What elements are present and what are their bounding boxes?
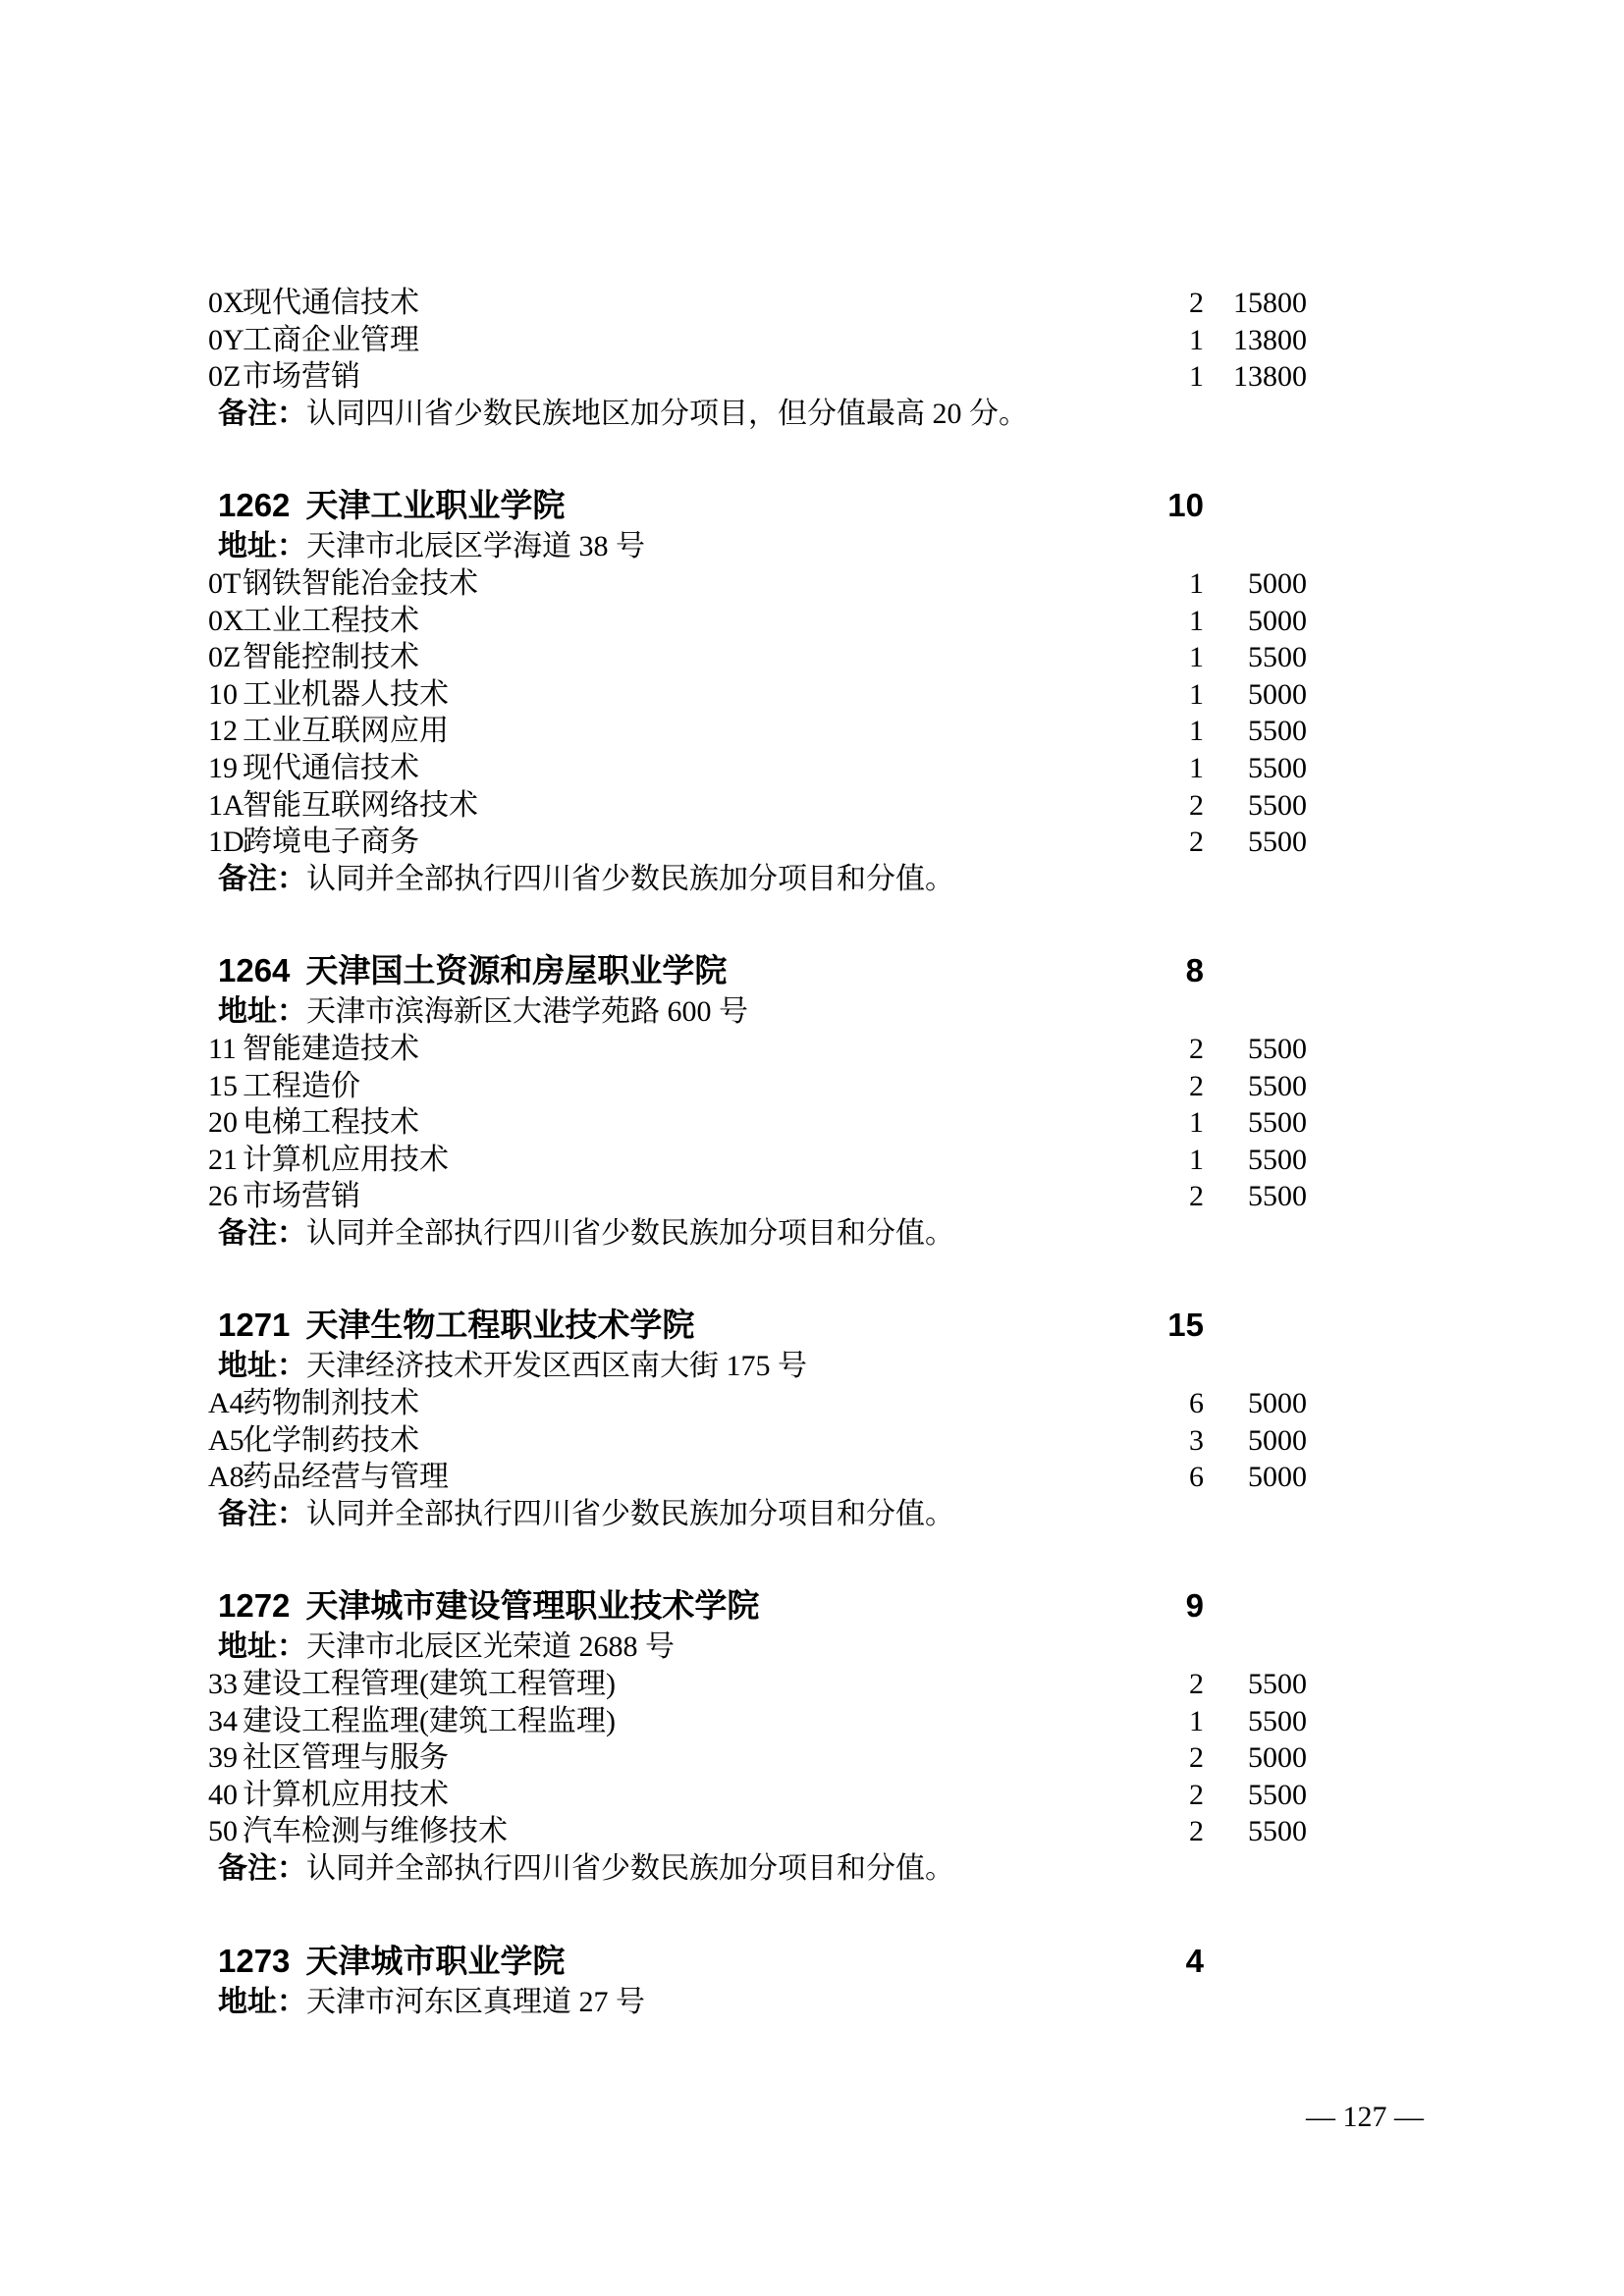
major-code: 0Y bbox=[208, 322, 243, 359]
college-header: 1264 天津国土资源和房屋职业学院 8 bbox=[208, 948, 1307, 993]
major-code: 0X bbox=[208, 603, 243, 640]
college-name: 天津工业职业学院 bbox=[305, 483, 1164, 528]
major-row: 39 社区管理与服务 2 5000 bbox=[208, 1739, 1307, 1777]
major-plan-count: 1 bbox=[1164, 565, 1204, 603]
major-row: 11 智能建造技术 2 5500 bbox=[208, 1031, 1307, 1068]
college-section-1271: 1271 天津生物工程职业技术学院 15 地址： 天津经济技术开发区西区南大街 … bbox=[208, 1303, 1307, 1532]
major-tuition-fee: 5000 bbox=[1204, 1422, 1307, 1460]
major-tuition-fee: 5500 bbox=[1204, 1666, 1307, 1703]
major-plan-count: 1 bbox=[1164, 750, 1204, 787]
major-row: 20 电梯工程技术 1 5500 bbox=[208, 1104, 1307, 1142]
major-name: 药品经营与管理 bbox=[243, 1459, 1164, 1496]
major-plan-count: 6 bbox=[1164, 1459, 1204, 1496]
major-row: 0Y 工商企业管理 1 13800 bbox=[208, 322, 1307, 359]
major-name: 智能建造技术 bbox=[243, 1031, 1164, 1068]
college-section-1273: 1273 天津城市职业学院 4 地址： 天津市河东区真理道 27 号 bbox=[208, 1939, 1307, 2021]
address-label: 地址： bbox=[218, 1984, 306, 2021]
college-name: 天津城市建设管理职业技术学院 bbox=[305, 1583, 1164, 1629]
major-row: 40 计算机应用技术 2 5500 bbox=[208, 1777, 1307, 1814]
major-code: 1D bbox=[208, 824, 243, 861]
major-plan-count: 2 bbox=[1164, 1666, 1204, 1703]
major-tuition-fee: 15800 bbox=[1204, 285, 1307, 322]
note-label: 备注： bbox=[218, 1496, 306, 1533]
major-row: 0X 现代通信技术 2 15800 bbox=[208, 285, 1307, 322]
major-row: 0Z 智能控制技术 1 5500 bbox=[208, 639, 1307, 676]
major-name: 智能控制技术 bbox=[243, 639, 1164, 676]
major-code: 20 bbox=[208, 1104, 243, 1142]
college-section-1262: 1262 天津工业职业学院 10 地址： 天津市北辰区学海道 38 号 0T 钢… bbox=[208, 483, 1307, 897]
major-plan-count: 2 bbox=[1164, 1178, 1204, 1215]
college-section-continuation: 0X 现代通信技术 2 15800 0Y 工商企业管理 1 13800 0Z 市… bbox=[208, 285, 1307, 432]
major-code: 40 bbox=[208, 1777, 243, 1814]
major-row: 0Z 市场营销 1 13800 bbox=[208, 358, 1307, 396]
major-code: 39 bbox=[208, 1739, 243, 1777]
major-plan-count: 3 bbox=[1164, 1422, 1204, 1460]
major-tuition-fee: 5500 bbox=[1204, 1031, 1307, 1068]
college-section-1264: 1264 天津国土资源和房屋职业学院 8 地址： 天津市滨海新区大港学苑路 60… bbox=[208, 948, 1307, 1252]
address-text: 天津市滨海新区大港学苑路 600 号 bbox=[306, 993, 1307, 1031]
major-row: 34 建设工程监理(建筑工程监理) 1 5500 bbox=[208, 1703, 1307, 1740]
college-code: 1262 bbox=[218, 483, 290, 528]
address-text: 天津市河东区真理道 27 号 bbox=[306, 1984, 1307, 2021]
major-name: 建设工程管理(建筑工程管理) bbox=[243, 1666, 1164, 1703]
major-code: 11 bbox=[208, 1031, 243, 1068]
major-list: 0X 现代通信技术 2 15800 0Y 工商企业管理 1 13800 0Z 市… bbox=[208, 285, 1307, 396]
major-name: 工程造价 bbox=[243, 1068, 1164, 1105]
major-name: 计算机应用技术 bbox=[243, 1142, 1164, 1179]
major-name: 市场营销 bbox=[243, 1178, 1164, 1215]
major-code: 0T bbox=[208, 565, 243, 603]
college-section-1272: 1272 天津城市建设管理职业技术学院 9 地址： 天津市北辰区光荣道 2688… bbox=[208, 1583, 1307, 1887]
major-code: 0Z bbox=[208, 358, 243, 396]
major-row: 0T 钢铁智能冶金技术 1 5000 bbox=[208, 565, 1307, 603]
major-row: 1A 智能互联网络技术 2 5500 bbox=[208, 787, 1307, 825]
college-total-count: 8 bbox=[1164, 948, 1204, 993]
major-plan-count: 2 bbox=[1164, 285, 1204, 322]
college-total-count: 4 bbox=[1164, 1939, 1204, 1984]
major-row: 50 汽车检测与维修技术 2 5500 bbox=[208, 1813, 1307, 1850]
major-name: 现代通信技术 bbox=[243, 285, 1164, 322]
major-tuition-fee: 5000 bbox=[1204, 676, 1307, 714]
major-code: A5 bbox=[208, 1422, 243, 1460]
major-plan-count: 1 bbox=[1164, 603, 1204, 640]
college-total-count: 9 bbox=[1164, 1583, 1204, 1629]
major-plan-count: 1 bbox=[1164, 713, 1204, 750]
major-row: 21 计算机应用技术 1 5500 bbox=[208, 1142, 1307, 1179]
major-code: 21 bbox=[208, 1142, 243, 1179]
college-address-row: 地址： 天津市北辰区光荣道 2688 号 bbox=[218, 1629, 1307, 1666]
major-row: 15 工程造价 2 5500 bbox=[208, 1068, 1307, 1105]
major-tuition-fee: 5500 bbox=[1204, 713, 1307, 750]
major-code: 15 bbox=[208, 1068, 243, 1105]
major-name: 建设工程监理(建筑工程监理) bbox=[243, 1703, 1164, 1740]
major-code: 34 bbox=[208, 1703, 243, 1740]
major-plan-count: 2 bbox=[1164, 1031, 1204, 1068]
college-note-row: 备注： 认同并全部执行四川省少数民族加分项目和分值。 bbox=[218, 1215, 1307, 1253]
major-tuition-fee: 13800 bbox=[1204, 322, 1307, 359]
address-label: 地址： bbox=[218, 993, 306, 1031]
major-plan-count: 1 bbox=[1164, 1142, 1204, 1179]
major-tuition-fee: 5500 bbox=[1204, 787, 1307, 825]
major-tuition-fee: 5500 bbox=[1204, 1104, 1307, 1142]
note-text: 认同并全部执行四川省少数民族加分项目和分值。 bbox=[306, 1496, 1307, 1533]
major-tuition-fee: 5000 bbox=[1204, 565, 1307, 603]
page-content: 0X 现代通信技术 2 15800 0Y 工商企业管理 1 13800 0Z 市… bbox=[208, 285, 1307, 2020]
major-code: 10 bbox=[208, 676, 243, 714]
college-header: 1272 天津城市建设管理职业技术学院 9 bbox=[208, 1583, 1307, 1629]
major-code: 0Z bbox=[208, 639, 243, 676]
major-name: 电梯工程技术 bbox=[243, 1104, 1164, 1142]
major-name: 跨境电子商务 bbox=[243, 824, 1164, 861]
college-name: 天津城市职业学院 bbox=[305, 1939, 1164, 1984]
college-address-row: 地址： 天津市滨海新区大港学苑路 600 号 bbox=[218, 993, 1307, 1031]
major-plan-count: 2 bbox=[1164, 824, 1204, 861]
major-tuition-fee: 5500 bbox=[1204, 1703, 1307, 1740]
major-row: A4 药物制剂技术 6 5000 bbox=[208, 1385, 1307, 1422]
major-tuition-fee: 5000 bbox=[1204, 1459, 1307, 1496]
major-row: 19 现代通信技术 1 5500 bbox=[208, 750, 1307, 787]
college-note-row: 备注： 认同四川省少数民族地区加分项目，但分值最高 20 分。 bbox=[218, 396, 1307, 433]
major-name: 化学制药技术 bbox=[243, 1422, 1164, 1460]
major-plan-count: 2 bbox=[1164, 787, 1204, 825]
major-code: 1A bbox=[208, 787, 243, 825]
page-number: — 127 — bbox=[1306, 2099, 1424, 2135]
college-total-count: 15 bbox=[1164, 1303, 1204, 1348]
major-tuition-fee: 5500 bbox=[1204, 639, 1307, 676]
college-code: 1273 bbox=[218, 1939, 290, 1984]
major-list: 33 建设工程管理(建筑工程管理) 2 5500 34 建设工程监理(建筑工程监… bbox=[208, 1666, 1307, 1850]
major-row: 1D 跨境电子商务 2 5500 bbox=[208, 824, 1307, 861]
major-tuition-fee: 5500 bbox=[1204, 1178, 1307, 1215]
major-row: 10 工业机器人技术 1 5000 bbox=[208, 676, 1307, 714]
major-code: 19 bbox=[208, 750, 243, 787]
major-plan-count: 1 bbox=[1164, 1104, 1204, 1142]
college-total-count: 10 bbox=[1164, 483, 1204, 528]
major-row: 33 建设工程管理(建筑工程管理) 2 5500 bbox=[208, 1666, 1307, 1703]
major-name: 汽车检测与维修技术 bbox=[243, 1813, 1164, 1850]
college-name: 天津生物工程职业技术学院 bbox=[305, 1303, 1164, 1348]
major-plan-count: 1 bbox=[1164, 322, 1204, 359]
major-code: 33 bbox=[208, 1666, 243, 1703]
address-text: 天津经济技术开发区西区南大街 175 号 bbox=[306, 1348, 1307, 1385]
address-text: 天津市北辰区光荣道 2688 号 bbox=[306, 1629, 1307, 1666]
major-name: 工业工程技术 bbox=[243, 603, 1164, 640]
college-address-row: 地址： 天津市河东区真理道 27 号 bbox=[218, 1984, 1307, 2021]
major-name: 智能互联网络技术 bbox=[243, 787, 1164, 825]
major-code: 12 bbox=[208, 713, 243, 750]
major-tuition-fee: 5000 bbox=[1204, 1739, 1307, 1777]
college-code: 1271 bbox=[218, 1303, 290, 1348]
major-row: 12 工业互联网应用 1 5500 bbox=[208, 713, 1307, 750]
major-plan-count: 2 bbox=[1164, 1739, 1204, 1777]
major-tuition-fee: 5000 bbox=[1204, 1385, 1307, 1422]
major-code: 26 bbox=[208, 1178, 243, 1215]
major-tuition-fee: 5500 bbox=[1204, 1777, 1307, 1814]
major-list: 11 智能建造技术 2 5500 15 工程造价 2 5500 20 电梯工程技… bbox=[208, 1031, 1307, 1215]
major-list: A4 药物制剂技术 6 5000 A5 化学制药技术 3 5000 A8 药品经… bbox=[208, 1385, 1307, 1496]
note-text: 认同四川省少数民族地区加分项目，但分值最高 20 分。 bbox=[306, 396, 1307, 433]
major-row: A5 化学制药技术 3 5000 bbox=[208, 1422, 1307, 1460]
major-name: 钢铁智能冶金技术 bbox=[243, 565, 1164, 603]
major-name: 市场营销 bbox=[243, 358, 1164, 396]
note-label: 备注： bbox=[218, 396, 306, 433]
note-text: 认同并全部执行四川省少数民族加分项目和分值。 bbox=[306, 861, 1307, 898]
major-plan-count: 2 bbox=[1164, 1068, 1204, 1105]
major-plan-count: 1 bbox=[1164, 676, 1204, 714]
major-tuition-fee: 5000 bbox=[1204, 603, 1307, 640]
major-plan-count: 6 bbox=[1164, 1385, 1204, 1422]
major-row: A8 药品经营与管理 6 5000 bbox=[208, 1459, 1307, 1496]
major-name: 工业机器人技术 bbox=[243, 676, 1164, 714]
college-address-row: 地址： 天津市北辰区学海道 38 号 bbox=[218, 528, 1307, 565]
major-code: 50 bbox=[208, 1813, 243, 1850]
college-note-row: 备注： 认同并全部执行四川省少数民族加分项目和分值。 bbox=[218, 1850, 1307, 1888]
note-label: 备注： bbox=[218, 861, 306, 898]
major-name: 工业互联网应用 bbox=[243, 713, 1164, 750]
note-label: 备注： bbox=[218, 1850, 306, 1888]
note-label: 备注： bbox=[218, 1215, 306, 1253]
note-text: 认同并全部执行四川省少数民族加分项目和分值。 bbox=[306, 1215, 1307, 1253]
major-code: A8 bbox=[208, 1459, 243, 1496]
address-label: 地址： bbox=[218, 528, 306, 565]
address-label: 地址： bbox=[218, 1348, 306, 1385]
college-note-row: 备注： 认同并全部执行四川省少数民族加分项目和分值。 bbox=[218, 861, 1307, 898]
major-name: 药物制剂技术 bbox=[243, 1385, 1164, 1422]
major-tuition-fee: 5500 bbox=[1204, 750, 1307, 787]
major-name: 工商企业管理 bbox=[243, 322, 1164, 359]
address-text: 天津市北辰区学海道 38 号 bbox=[306, 528, 1307, 565]
major-name: 现代通信技术 bbox=[243, 750, 1164, 787]
address-label: 地址： bbox=[218, 1629, 306, 1666]
major-name: 计算机应用技术 bbox=[243, 1777, 1164, 1814]
major-tuition-fee: 5500 bbox=[1204, 824, 1307, 861]
note-text: 认同并全部执行四川省少数民族加分项目和分值。 bbox=[306, 1850, 1307, 1888]
college-name: 天津国土资源和房屋职业学院 bbox=[305, 948, 1164, 993]
major-code: 0X bbox=[208, 285, 243, 322]
major-row: 0X 工业工程技术 1 5000 bbox=[208, 603, 1307, 640]
college-header: 1271 天津生物工程职业技术学院 15 bbox=[208, 1303, 1307, 1348]
college-code: 1272 bbox=[218, 1583, 290, 1629]
major-plan-count: 1 bbox=[1164, 639, 1204, 676]
major-tuition-fee: 5500 bbox=[1204, 1142, 1307, 1179]
college-code: 1264 bbox=[218, 948, 290, 993]
major-plan-count: 2 bbox=[1164, 1777, 1204, 1814]
major-code: A4 bbox=[208, 1385, 243, 1422]
college-address-row: 地址： 天津经济技术开发区西区南大街 175 号 bbox=[218, 1348, 1307, 1385]
document-page: 0X 现代通信技术 2 15800 0Y 工商企业管理 1 13800 0Z 市… bbox=[0, 0, 1624, 2296]
major-list: 0T 钢铁智能冶金技术 1 5000 0X 工业工程技术 1 5000 0Z 智… bbox=[208, 565, 1307, 861]
major-tuition-fee: 5500 bbox=[1204, 1068, 1307, 1105]
college-note-row: 备注： 认同并全部执行四川省少数民族加分项目和分值。 bbox=[218, 1496, 1307, 1533]
major-plan-count: 1 bbox=[1164, 1703, 1204, 1740]
college-header: 1273 天津城市职业学院 4 bbox=[208, 1939, 1307, 1984]
college-header: 1262 天津工业职业学院 10 bbox=[208, 483, 1307, 528]
major-row: 26 市场营销 2 5500 bbox=[208, 1178, 1307, 1215]
major-tuition-fee: 13800 bbox=[1204, 358, 1307, 396]
major-name: 社区管理与服务 bbox=[243, 1739, 1164, 1777]
major-plan-count: 1 bbox=[1164, 358, 1204, 396]
major-tuition-fee: 5500 bbox=[1204, 1813, 1307, 1850]
major-plan-count: 2 bbox=[1164, 1813, 1204, 1850]
